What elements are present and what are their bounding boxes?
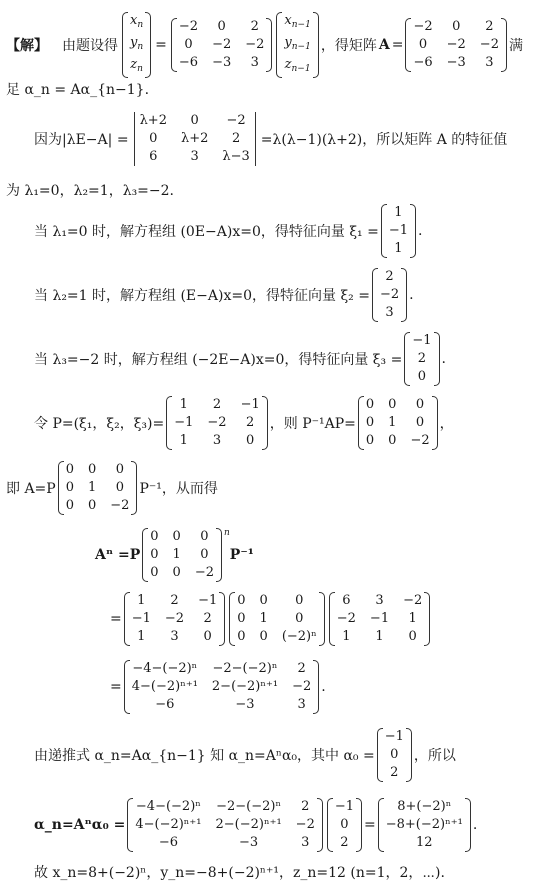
matrix-diag: 00001000−2 [358, 396, 438, 450]
a-decomposition: 即 A=P 00001000−2 P⁻¹，从而得 [6, 461, 218, 515]
solution-label: 【解】 [6, 35, 48, 55]
vector-xyz-n: xnynzn [122, 12, 151, 78]
intro-line2: 足 α_n = Aα_{n−1}. [6, 79, 149, 99]
intro-text: 由题设得 [62, 35, 118, 55]
intro-text-3: 满 [509, 35, 523, 55]
an-equation-3: = −4−(−2)ⁿ−2−(−2)ⁿ24−(−2)ⁿ⁺¹2−(−2)ⁿ⁺¹−2−… [110, 660, 326, 714]
char-poly-prefix: 因为|λE−A| = [34, 129, 129, 149]
conclusion: 故 x_n=8+(−2)ⁿ，y_n=−8+(−2)ⁿ⁺¹，z_n=12 (n=1… [34, 862, 445, 882]
p-definition: 令 P=(ξ₁，ξ₂，ξ₃)= 12−1−1−22130 ，则 P⁻¹AP= 0… [34, 396, 454, 450]
eigenvector-3: 当 λ₃=−2 时，解方程组 (−2E−A)x=0，得特征向量 ξ₃ = −12… [34, 332, 446, 386]
final-equation: α_n=Aⁿα₀ = −4−(−2)ⁿ−2−(−2)ⁿ24−(−2)ⁿ⁺¹2−(… [34, 798, 477, 852]
vector-xyz-n-1: xn−1yn−1zn−1 [276, 12, 318, 78]
an-equation-2: = 12−1−1−22130 00001000(−2)ⁿ 63−2−2−1111… [110, 592, 432, 646]
matrix-a-label: A [379, 37, 390, 53]
determinant: λ+20−20λ+2263λ−3 [131, 112, 259, 166]
recurrence: 由递推式 α_n=Aα_{n−1} 知 α_n=Aⁿα₀，其中 α₀ = −10… [34, 728, 456, 782]
matrix-a-repeat: −2020−2−2−6−33 [405, 18, 507, 72]
char-poly-result: =λ(λ−1)(λ+2)，所以矩阵 A 的特征值 [261, 129, 507, 149]
intro-text-2: ，得矩阵 [321, 35, 377, 55]
eigenvalues: 为 λ₁=0，λ₂=1，λ₃=−2. [6, 180, 174, 200]
eigenvector-2: 当 λ₂=1 时，解方程组 (E−A)x=0，得特征向量 ξ₂ = 2−23. [34, 268, 414, 322]
char-poly: 因为|λE−A| = λ+20−20λ+2263λ−3 =λ(λ−1)(λ+2)… [34, 112, 507, 166]
matrix-p: 12−1−1−22130 [166, 396, 268, 450]
eigenvector-1: 当 λ₁=0 时，解方程组 (0E−A)x=0，得特征向量 ξ₁ = 1−11. [34, 204, 422, 258]
intro-equation: 【解】 由题设得 xnynzn = −2020−2−2−6−33 xn−1yn−… [6, 12, 523, 78]
an-equation-1: Aⁿ =P 00001000−2 n P⁻¹ [95, 528, 254, 582]
matrix-a: −2020−2−2−6−33 [171, 18, 273, 72]
